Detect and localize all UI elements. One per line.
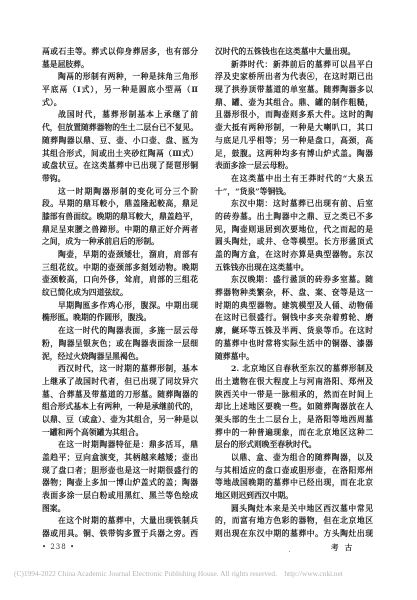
text-line: 其组合形式，间或出土夹砂红陶鬲（Ⅲ式） [42, 148, 198, 161]
text-line: 上继承了战国时代者，但已出现了同坟异穴 [42, 376, 198, 389]
text-line: 墓是屈肢葬。 [42, 59, 198, 72]
text-line: 在这类墓中出土有王莽时代的“大泉五 [215, 173, 373, 186]
text-line: 鼎足呈束腰之兽蹄形。中期的鼎正好介两者 [42, 224, 198, 237]
text-line: 等地战国晚期的墓葬中已经出现，而在北京 [215, 477, 373, 490]
paragraph: 在这个时期的墓葬中，大量出现铁制兵 器或用具。铜、铁带钩多置于兵器之旁。西 [42, 515, 198, 540]
text-line: 陶鬲的形制有两种，一种是抹角三角形 [42, 71, 198, 84]
text-line: 汉时代的五铢钱也在这类墓中大量出现。 [215, 46, 373, 59]
paragraph: 在这一时代的陶器表面，多施一层云母 粉，陶器呈银灰色；或在陶器表面涂一层细 泥，… [42, 325, 198, 363]
text-line: 粉，陶器呈银灰色；或在陶器表面涂一层细 [42, 338, 198, 351]
paragraph: 新莽时代：新莽前后的墓葬可以昌平白 浮及史家桥所出者为代表④，在这时期已出 现了… [215, 59, 373, 173]
text-line: 之间，成为一种承前启后的形制。 [42, 236, 198, 249]
text-line: 陶壶，早期的壶颈矮壮，溜肩，肩部有 [42, 249, 198, 262]
text-line: 图案。 [42, 503, 198, 516]
text-line: 圆头陶灶，或井、仓等模型。长方形盝顶式 [215, 236, 373, 249]
text-line: 表面多涂一层白粉或用黑红、黑兰等色绘成 [42, 490, 198, 503]
text-line: 且器形很小，而陶壶则多系大件。这时的陶 [215, 109, 373, 122]
text-line: 葬中的一种普遍现象，而在北京地区这种二 [215, 427, 373, 440]
paragraph: 在这一时期陶器特征是：鼎多活耳，鼎 盖趋平；豆向盒演变，其柄越来越矮；壶出 现了… [42, 439, 198, 515]
text-line: 表面多涂一层云母粉。 [215, 160, 373, 173]
text-line: 膝部有兽面纹。晚期的鼎耳較大，鼎盖趋平， [42, 211, 198, 224]
text-line: 泥，经过火烧陶器呈黑褐色。 [42, 351, 198, 364]
text-line: 的砖券墓。出土陶器中之鼎、豆之类已不多 [215, 211, 373, 224]
paragraph: 以鼎、盒、壶为组合的随葬陶器，以及 与其相适应的盘口壶或胆形壶，在洛阳郑州 等地… [215, 452, 373, 503]
text-line: 十”，“货泉”等铜钱。 [215, 186, 373, 199]
text-line: 葬器物种类繁杂，杯、盘、案、奁等是这一 [215, 287, 373, 300]
text-line: 的，而富有地方色彩的器物，但在北京地区 [215, 515, 373, 528]
text-line: 在这时已很盛行。铜钱中多夹杂着剪轮、磨 [215, 312, 373, 325]
text-line: 以鼎、豆（或盒）、壶为其组合，另一种是以 [42, 414, 198, 427]
paragraph: 汉时代的五铢钱也在这类墓中大量出现。 [215, 46, 373, 59]
text-line: 与其相适应的盘口壶或胆形壶，在洛阳郑州 [215, 465, 373, 478]
text-line: 在这一时期陶器特征是：鼎多活耳，鼎 [42, 439, 198, 452]
text-line: 浮及史家桥所出者为代表④，在这时期已出 [215, 71, 373, 84]
copyright-watermark: (C)1994-2022 China Academic Journal Elec… [14, 569, 404, 578]
text-line: 2. 北京地区自春秋至东汉的墓葬形制及 [215, 363, 373, 376]
text-line: 盖的陶方盒，在这时亦算是典型器物。东汉 [215, 249, 373, 262]
paragraph: 这一时期陶器形制的变化可分三个阶 段。早期的鼎耳較小，鼎盖隆起較高，鼎足 膝部有… [42, 186, 198, 249]
text-line: 东汉中期：这时墓葬已出现有前、后室 [215, 198, 373, 211]
right-text-column: 汉时代的五铢钱也在这类墓中大量出现。 新莽时代：新莽前后的墓葬可以昌平白 浮及史… [215, 46, 373, 541]
text-line: 组合形式基本上有两种，一种是承继前代的， [42, 401, 198, 414]
text-line: 则出现在东汉中期的墓葬中。方头陶灶出现 [215, 528, 373, 541]
text-line: 墓、合葬墓及带墓道的刀形墓。随葬陶器的 [42, 389, 198, 402]
text-line: 随葬陶器以鼎、豆、壶、小口壶、盘、匜为 [42, 135, 198, 148]
text-line: 壶大抵有两种形制，一种是大喇叭口，其口 [215, 122, 373, 135]
paragraph: 早期陶匜多作鸡心形，腹深。中期出现 椭形匜。晚期的作圆形，腹浅。 [42, 300, 198, 325]
text-line: 鬲或石圭等。葬式以仰身葬居多，也有部分 [42, 46, 198, 59]
text-line: 早期陶匜多作鸡心形，腹深。中期出现 [42, 300, 198, 313]
scan-speck [289, 551, 290, 552]
text-line: 陕西关中一带是一脉相承的，然而在时间上 [215, 389, 373, 402]
text-line: 椭形匜。晚期的作圆形，腹浅。 [42, 312, 198, 325]
text-line: 见，陶壶则退居到次要地位，代之而起的是 [215, 224, 373, 237]
text-line: 五铢钱亦出现在这类墓中。 [215, 262, 373, 275]
text-line: 战国时代，墓葬形制基本上承继了前 [42, 109, 198, 122]
text-line: 三组花纹。中期的壶颈部多刻划动物。晚期 [42, 262, 198, 275]
journal-name: 考古 [331, 542, 358, 553]
paragraph: 鬲或石圭等。葬式以仰身葬居多，也有部分 墓是屈肢葬。 [42, 46, 198, 71]
left-text-column: 鬲或石圭等。葬式以仰身葬居多，也有部分 墓是屈肢葬。 陶鬲的形制有两种，一种是抹… [42, 46, 198, 541]
text-line: 壶颈較高，口向外侈，耸肩，肩部的三组花 [42, 274, 198, 287]
text-line: 器物；陶壶上多加一博山炉盖式的盖；陶器 [42, 477, 198, 490]
text-line: 现了盘口者；胆形壶也是这一时期很盛行的 [42, 465, 198, 478]
text-line: 纹已简化成为四道弦纹。 [42, 287, 198, 300]
text-line: 盖趋平；豆向盒演变，其柄越来越矮；壶出 [42, 452, 198, 465]
paragraph: 战国时代，墓葬形制基本上承继了前 代，但放置随葬器物的生土二层台已不复见。 随葬… [42, 109, 198, 185]
text-line: 一罐和两个高领罐为其组合。 [42, 427, 198, 440]
text-line: 地区则迟到西汉中期。 [215, 490, 373, 503]
text-line: 与底足几乎相等；另一种是盘口，高颈，高 [215, 135, 373, 148]
text-line: 在这一时代的陶器表面，多施一层云母 [42, 325, 198, 338]
text-line: 或盘状豆。在这类墓葬中已出现了琵琶形铜 [42, 160, 198, 173]
paragraph: 西汉时代，这一时期的墓葬形制，基本 上继承了战国时代者，但已出现了同坟异穴 墓、… [42, 363, 198, 439]
paragraph: 东汉晚期：盛行盝顶的砖券多室墓。随 葬器物种类繁杂，杯、盘、案、奁等是这一 时期… [215, 274, 373, 363]
text-line: 在这个时期的墓葬中，大量出现铁制兵 [42, 515, 198, 528]
text-line: 时期的典型器物。建筑模型及人俑、动物俑 [215, 300, 373, 313]
text-line: 随葬墓中。 [215, 351, 373, 364]
text-line: 架头部的生土二层台上，是洛阳等地西周墓 [215, 414, 373, 427]
text-line: 东汉晚期：盛行盝顶的砖券多室墓。随 [215, 274, 373, 287]
text-line: 现了拱券顶带墓道的单室墓。随葬陶器多以 [215, 84, 373, 97]
text-line: 器或用具。铜、铁带钩多置于兵器之旁。西 [42, 528, 198, 541]
paragraph: 在这类墓中出土有王莽时代的“大泉五 十”，“货泉”等铜钱。 [215, 173, 373, 198]
text-line: 圆头陶灶本来是关中地区西汉墓中常见 [215, 503, 373, 516]
text-line: 的墓葬中也时常将实际生活中的铜器、漆器 [215, 338, 373, 351]
paragraph: 圆头陶灶本来是关中地区西汉墓中常见 的，而富有地方色彩的器物，但在北京地区 则出… [215, 503, 373, 541]
text-line: 段。早期的鼎耳較小，鼎盖隆起較高，鼎足 [42, 198, 198, 211]
paragraph: 陶鬲的形制有两种，一种是抹角三角形 平底鬲（Ⅰ式），另一种是圆底小型鬲（Ⅱ 式）… [42, 71, 198, 109]
text-line: 这一时期陶器形制的变化可分三个阶 [42, 186, 198, 199]
text-line: 出土遗物在很大程度上与河南洛阳、郑州及 [215, 376, 373, 389]
text-line: 层台的形式则晚至春秋时代。 [215, 439, 373, 452]
text-line: 代，但放置随葬器物的生土二层台已不复见。 [42, 122, 198, 135]
text-line: 以鼎、盒、壶为组合的随葬陶器，以及 [215, 452, 373, 465]
text-line: 鼎、罐、壶为其组合。鼎、罐的制作粗糙， [215, 97, 373, 110]
text-line: 带钩。 [42, 173, 198, 186]
text-line: 平底鬲（Ⅰ式），另一种是圆底小型鬲（Ⅱ [42, 84, 198, 97]
text-line: 廓，綖环等五铢及半两、货泉等币。在这时 [215, 325, 373, 338]
page-number: • 238 • [42, 543, 75, 551]
paragraph: 2. 北京地区自春秋至东汉的墓葬形制及 出土遗物在很大程度上与河南洛阳、郑州及 … [215, 363, 373, 452]
text-line: 却比上述地区要晚一些。如随葬陶器放在人 [215, 401, 373, 414]
text-line: 新莽时代：新莽前后的墓葬可以昌平白 [215, 59, 373, 72]
paragraph: 陶壶，早期的壶颈矮壮，溜肩，肩部有 三组花纹。中期的壶颈部多刻划动物。晚期 壶颈… [42, 249, 198, 300]
text-line: 式）。 [42, 97, 198, 110]
paragraph: 东汉中期：这时墓葬已出现有前、后室 的砖券墓。出土陶器中之鼎、豆之类已不多 见，… [215, 198, 373, 274]
text-line: 足，鼓腹。这两种均多有博山炉式盖。陶器 [215, 148, 373, 161]
text-line: 西汉时代，这一时期的墓葬形制，基本 [42, 363, 198, 376]
